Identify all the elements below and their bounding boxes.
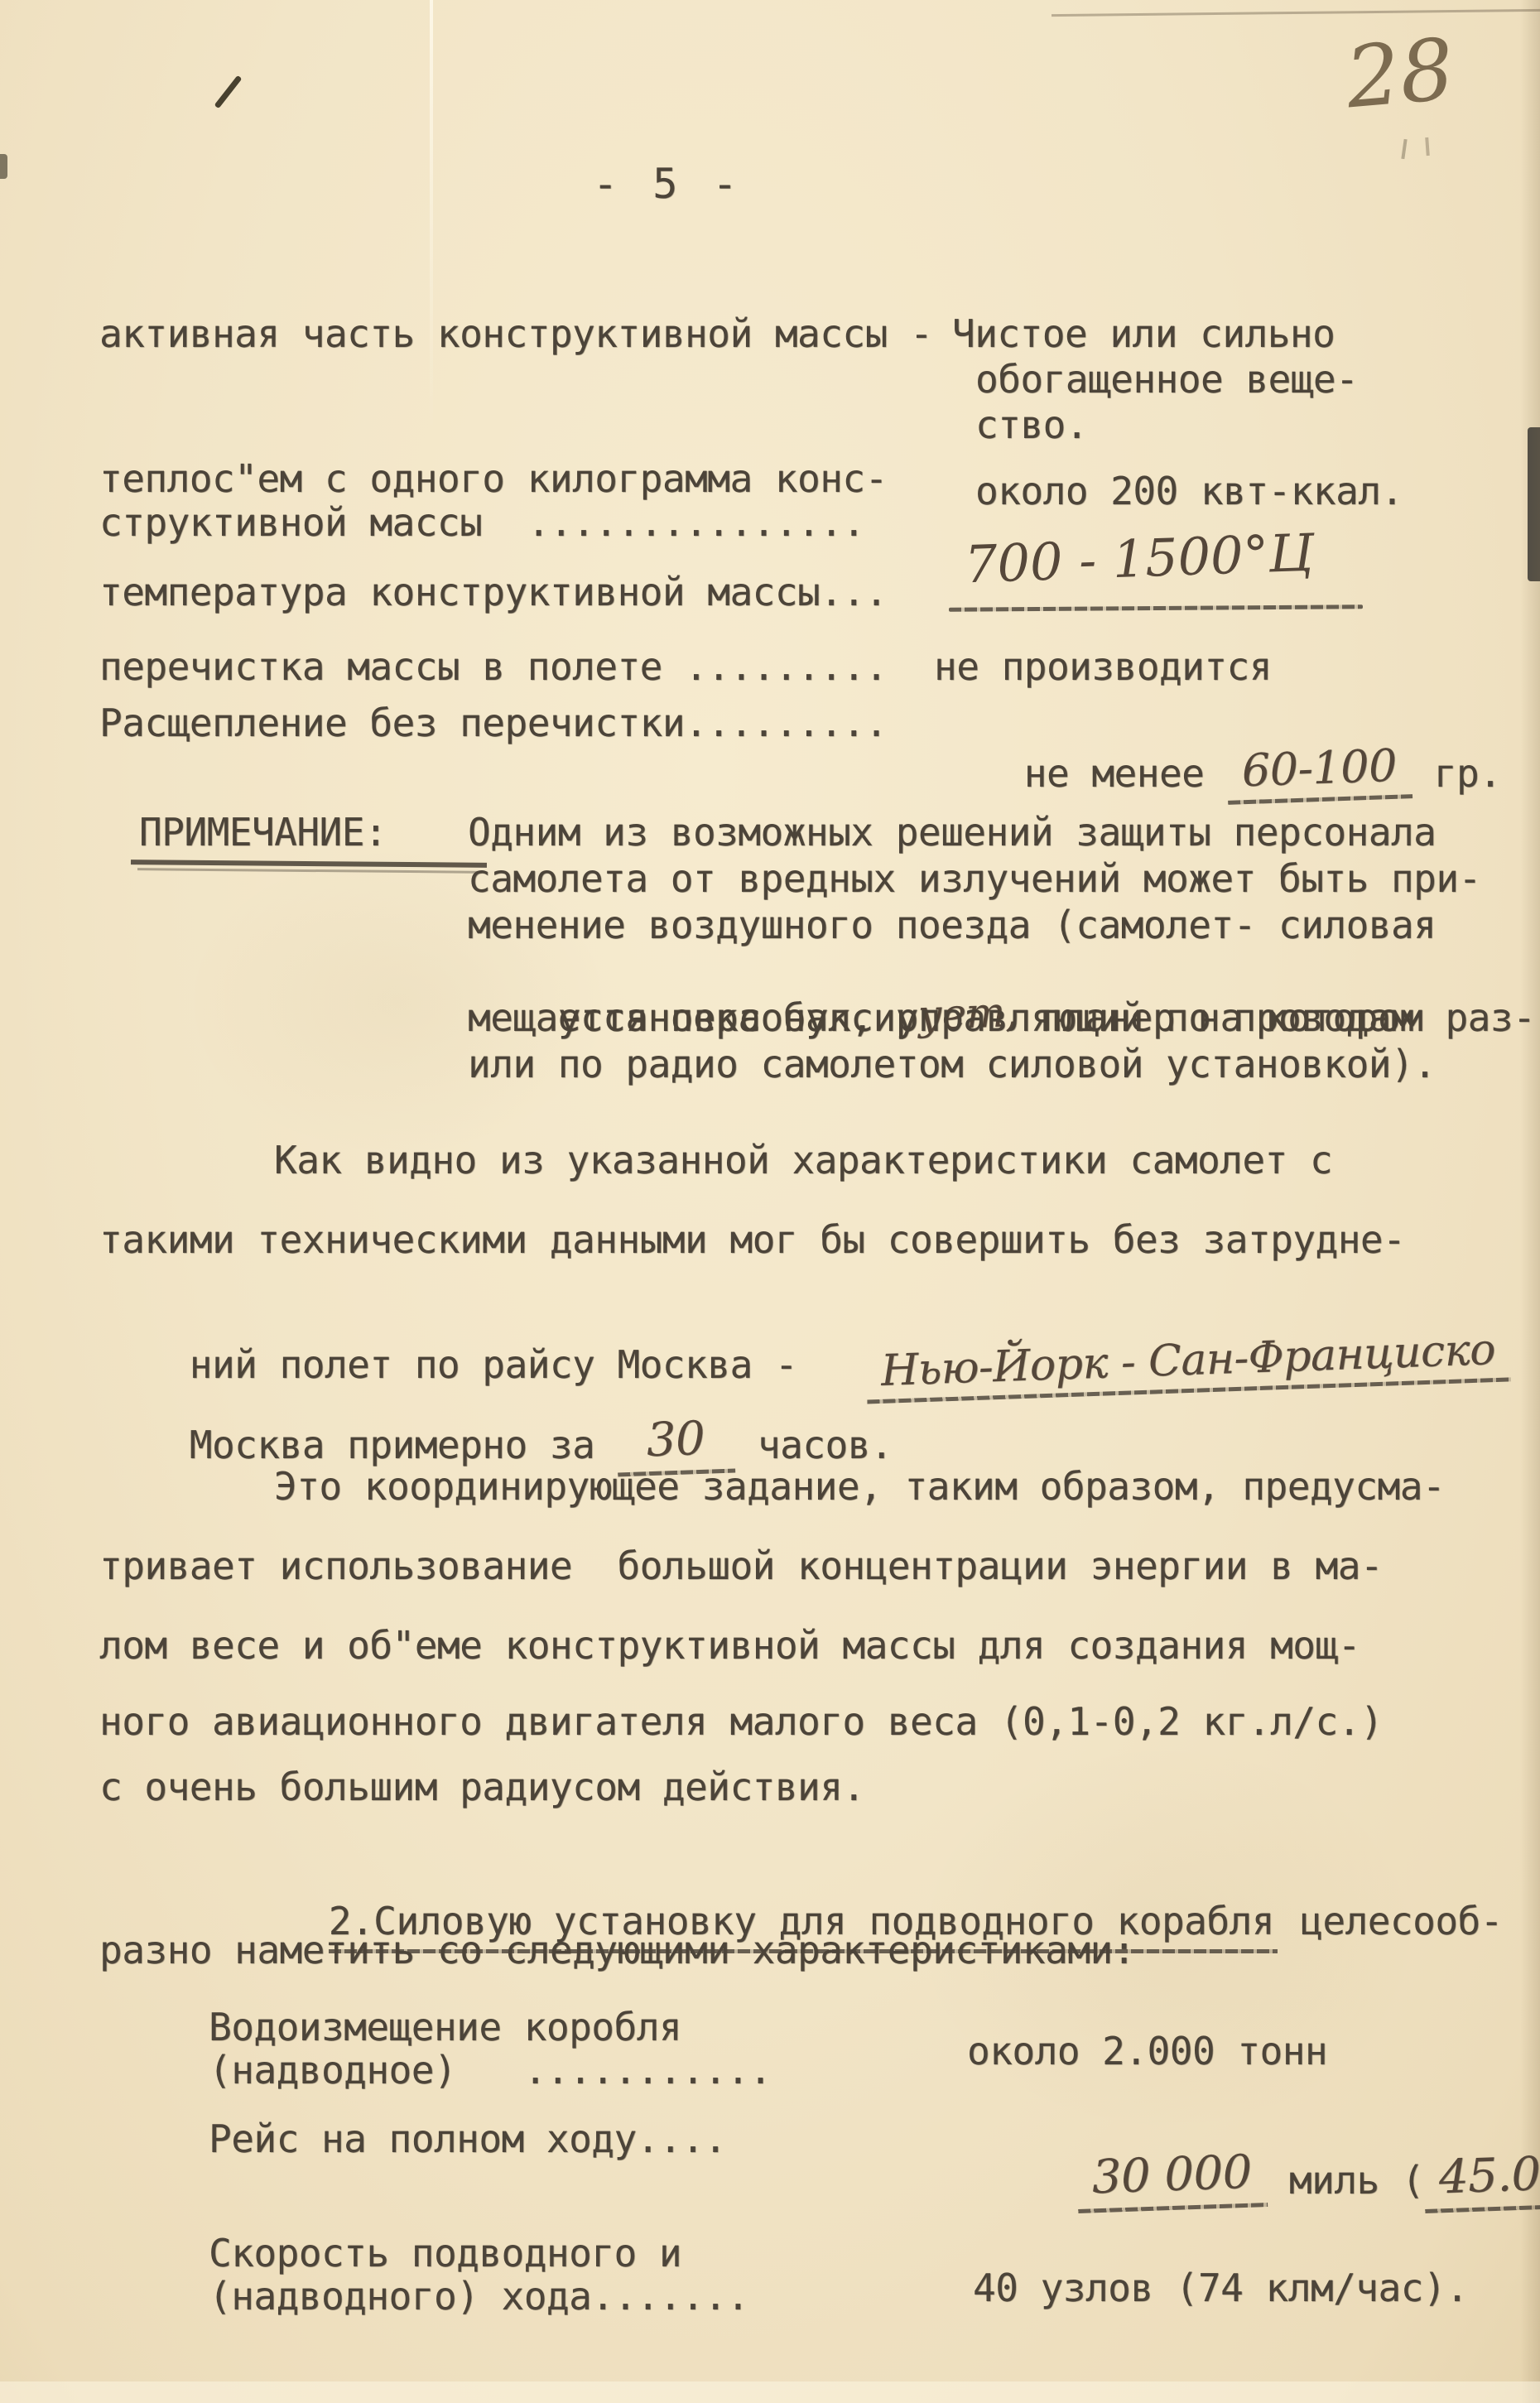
spec-value: около 2.000 тонн bbox=[967, 2030, 1327, 2073]
scan-artifact-right-shadow bbox=[1520, 0, 1540, 2403]
spec-value: 40 узлов (74 клм/час). bbox=[973, 2267, 1468, 2310]
spec-label: Водоизмещение коробля bbox=[209, 2006, 681, 2049]
handwritten-value-grams: 60-100 bbox=[1225, 740, 1412, 805]
scan-artifact-left-edge bbox=[0, 154, 7, 179]
scan-artifact-top-edge bbox=[1052, 9, 1540, 17]
spec-label: Скорость подводного и bbox=[209, 2232, 681, 2275]
section-heading-line2: разно наметить со следующими характерист… bbox=[99, 1929, 1135, 1972]
scan-artifact-pen-tick-2 bbox=[1425, 137, 1430, 156]
spec-label: теплос"ем с одного килограмма конс- bbox=[99, 458, 888, 501]
scan-artifact-corner-mark bbox=[214, 75, 243, 109]
paragraph-line-typed: Москва примерно за bbox=[190, 1423, 618, 1467]
scan-artifact-crease bbox=[430, 0, 433, 431]
spec-value: обогащенное веще- bbox=[975, 359, 1358, 402]
spec-value: ство. bbox=[975, 404, 1088, 447]
spec-value: не производится bbox=[934, 646, 1272, 689]
underline bbox=[949, 604, 1363, 611]
underline bbox=[137, 868, 482, 874]
handwritten-route: Нью-Йорк - Сан-Франциско bbox=[865, 1325, 1511, 1404]
spec-value: Чистое или сильно bbox=[952, 313, 1335, 356]
spec-label: перечистка массы в полете ......... bbox=[99, 646, 888, 689]
paragraph-line: тривает использование большой концентрац… bbox=[99, 1545, 1383, 1588]
paragraph-line-typed: часов. bbox=[735, 1423, 893, 1467]
underline bbox=[131, 860, 487, 868]
spec-value: около 200 квт-ккал. bbox=[975, 470, 1403, 513]
note-line: самолета от вредных излучений может быть… bbox=[468, 858, 1481, 901]
scan-artifact-pen-tick-1 bbox=[1401, 139, 1407, 159]
scan-artifact-bottom-band bbox=[0, 2381, 1540, 2403]
note-line: мещается персонал, управляющий по провод… bbox=[468, 997, 1413, 1040]
paragraph-line: ного авиационного двигателя малого веса … bbox=[99, 1701, 1383, 1744]
paragraph-line: такими техническими данными мог бы совер… bbox=[99, 1219, 1405, 1262]
spec-value-suffix: гр. bbox=[1412, 751, 1502, 796]
paragraph-line: Это координирующее задание, таким образо… bbox=[274, 1466, 1445, 1509]
page-number: - 5 - bbox=[593, 161, 743, 207]
handwritten-value-temperature: 700 - 1500°Ц bbox=[964, 522, 1315, 595]
spec-label: Расщепление без перечистки......... bbox=[99, 702, 888, 745]
note-line: Одним из возможных решений защиты персон… bbox=[468, 811, 1436, 855]
handwritten-miles: 30 000 bbox=[1076, 2146, 1268, 2213]
note-heading: ПРИМЕЧАНИЕ: bbox=[139, 811, 387, 855]
spec-value: 30 000 миль (45.000 км bbox=[987, 2110, 1540, 2256]
paragraph-line: лом весе и об"еме конструктивной массы д… bbox=[99, 1625, 1360, 1668]
handwritten-km: 45.000 bbox=[1423, 2146, 1540, 2213]
spec-value-prefix: не менее bbox=[1024, 751, 1227, 796]
spec-value-typed: миль ( bbox=[1267, 2158, 1424, 2203]
spec-label: температура конструктивной массы... bbox=[99, 571, 888, 614]
spec-label: (надводное) ........... bbox=[209, 2049, 772, 2092]
spec-label: структивной массы ............... bbox=[99, 502, 865, 545]
note-line: менение воздушного поезда (самолет- сило… bbox=[468, 904, 1436, 947]
paragraph-line: с очень большим радиусом действия. bbox=[99, 1766, 865, 1809]
folio-number-handwritten: 28 bbox=[1342, 21, 1458, 128]
paragraph-line: Как видно из указанной характеристики са… bbox=[274, 1139, 1332, 1182]
spec-label: (надводного) хода....... bbox=[209, 2275, 749, 2319]
scanned-page: 28 - 5 - активная часть конструктивной м… bbox=[0, 0, 1540, 2403]
section-heading-tail: целесооб- bbox=[1278, 1899, 1503, 1943]
spec-label: Рейс на полном ходу.... bbox=[209, 2118, 726, 2161]
note-line: или по радио самолетом силовой установко… bbox=[468, 1043, 1436, 1086]
spec-label: активная часть конструктивной массы - bbox=[99, 313, 932, 356]
